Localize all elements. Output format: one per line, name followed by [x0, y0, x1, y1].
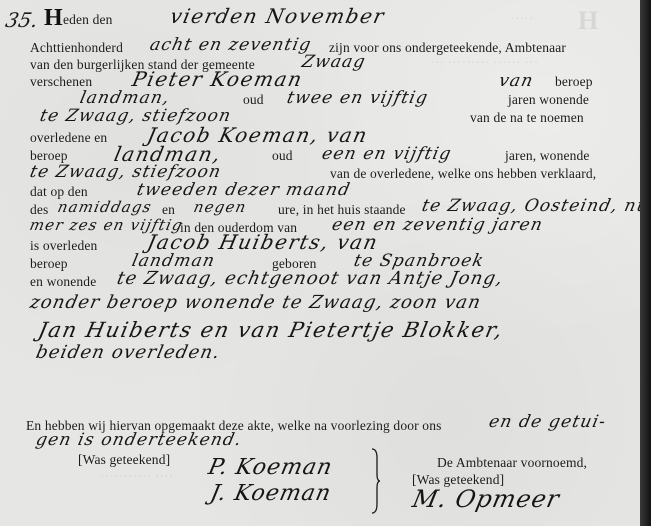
printed-is-overleden: is overleden [30, 238, 97, 254]
hw-declarant1-age: twee en vijftig [285, 88, 430, 108]
hw-death-date: tweeden dezer maand [135, 180, 353, 200]
printed-was-geteekend-left: [Was geteekend] [78, 452, 170, 468]
printed-oud-1: oud [243, 92, 264, 108]
printed-jaren-wonende-2: jaren, wonende [505, 148, 590, 164]
printed-jaren-wonende-1: jaren wonende [508, 92, 589, 108]
hw-parents-status: beiden overleden. [34, 342, 222, 363]
printed-oud-2: oud [272, 148, 293, 164]
printed-official-title: De Ambtenaar voornoemd, [437, 455, 587, 471]
hw-parents-line: Jan Huiberts en van Pietertje Blokker, [36, 318, 506, 342]
printed-en-wonende: en wonende [30, 274, 96, 290]
printed-van-de-na-te-noemen: van de na te noemen [470, 110, 584, 126]
hw-date-day: vierden November [168, 4, 388, 28]
printed-beroep-1: beroep [555, 74, 593, 90]
hw-time-of-day: namiddags [56, 198, 154, 216]
hw-witness-note-a: en de getui- [487, 412, 608, 432]
signature-p-koeman: P. Koeman [206, 455, 335, 480]
printed-verklaard: van de overledene, welke ons hebben verk… [330, 166, 596, 182]
hw-hour: negen [192, 198, 249, 216]
printed-year-prefix: Achttienhonderd [30, 40, 123, 56]
hw-death-place: te Zwaag, Oosteind, num- [420, 196, 640, 216]
hw-year: acht en zeventig [148, 35, 314, 55]
bleed-through-text: ····· [510, 12, 533, 28]
hw-spouse-line: zonder beroep wonende te Zwaag, zoon van [28, 292, 483, 313]
signature-m-opmeer: M. Opmeer [410, 485, 562, 513]
printed-overledene-en: overledene en [30, 130, 107, 146]
register-page: H ····· ··· ········· ······ ··· ···· ··… [0, 0, 640, 526]
hw-declarant1-occupation: landman, [78, 88, 172, 108]
printed-beroep-3: beroep [30, 256, 68, 272]
signature-j-koeman: J. Koeman [208, 481, 334, 506]
hw-witness-note-b: gen is onderteekend. [34, 430, 244, 450]
printed-heden-den: eden den [63, 12, 113, 28]
hw-declarant1-van: van [497, 71, 536, 91]
hw-declarant2-age: een en vijftig [320, 144, 454, 164]
record-number: 35. [3, 8, 40, 32]
hw-municipality: Zwaag [300, 52, 368, 72]
hw-declarant2-residence: te Zwaag, stiefzoon [28, 162, 223, 182]
bleed-through-text: ··········· ···· [100, 470, 173, 486]
scan-edge [640, 0, 651, 526]
dropcap: H [44, 5, 63, 32]
bleed-through-dropcap: H [578, 6, 598, 36]
bleed-through-text: ··· ········· ······ ··· [430, 56, 538, 72]
hw-residence-spouse: te Zwaag, echtgenoot van Antje Jong, [115, 268, 505, 289]
brace-symbol [371, 448, 381, 514]
